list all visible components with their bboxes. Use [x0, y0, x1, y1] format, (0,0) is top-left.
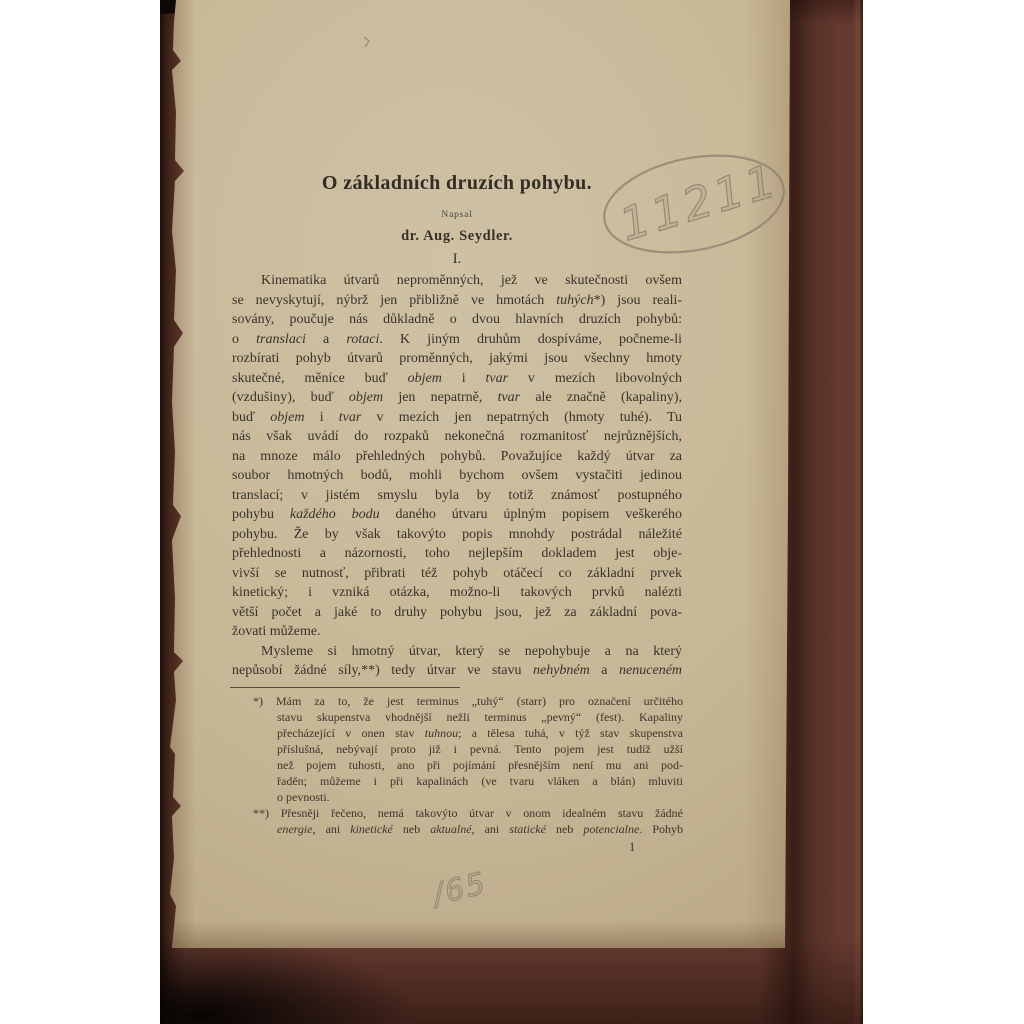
text-line: přehlednosti a názornosti, toho nejlepší… [232, 544, 682, 564]
text-line: stavu skupenstva vhodnější nežli terminu… [277, 709, 683, 725]
text-line: skutečné, měníce buď objem i tvar v mezí… [232, 369, 682, 389]
text-line: o translaci a rotaci. K jiným druhům dos… [232, 330, 682, 350]
text-line: **) Přesněji řečeno, nemá takovýto útvar… [277, 805, 683, 821]
text-line: větší počet a jaké to druhy pohybu jsou,… [232, 603, 682, 623]
text-line: kinetický; i vzniká otázka, možno-li tak… [232, 583, 682, 603]
text-line: nepůsobí žádné síly,**) tedy útvar ve st… [232, 661, 682, 681]
text-line: o pevnosti. [277, 789, 683, 805]
text-line: se nevyskytují, nýbrž jen přibližně ve h… [232, 291, 682, 311]
scanned-page: O základních druzích pohybu. Napsal dr. … [166, 0, 792, 948]
text-line: (vzdušiny), buď objem jen nepatrně, tvar… [232, 388, 682, 408]
page-number: 1 [629, 840, 635, 855]
text-line: sovány, poučuje nás důkladně o dvou hlav… [232, 310, 682, 330]
text-line: než pojem tuhosti, ano při pojímání přes… [277, 757, 683, 773]
text-line: rozbírati pohyb útvarů proměnných, jakým… [232, 349, 682, 369]
author-name: dr. Aug. Seydler. [232, 228, 682, 245]
text-line: na mnoze málo přehledných pohybů. Považu… [232, 447, 682, 467]
page-content: O základních druzích pohybu. Napsal dr. … [166, 0, 792, 948]
text-line: příslušná, nebývají proto již i pevná. T… [277, 741, 683, 757]
text-line: Kinematika útvarů neproměnných, jež ve s… [232, 271, 682, 291]
text-line: nás však uvádí do rozpaků nekonečná rozm… [232, 427, 682, 447]
section-numeral: I. [232, 251, 682, 268]
text-line: pohybu každého bodu daného útvaru úplným… [232, 505, 682, 525]
screenshot-canvas: O základních druzích pohybu. Napsal dr. … [0, 0, 1024, 1024]
byline-label: Napsal [232, 210, 682, 220]
book-photo: O základních druzích pohybu. Napsal dr. … [160, 0, 863, 1024]
text-line: soubor hmotných bodů, mohli bychom ovšem… [232, 466, 682, 486]
page-title: O základních druzích pohybu. [232, 171, 682, 195]
text-line: pohybu. Že by však takovýto popis mnohdy… [232, 525, 682, 545]
text-line: řaděn; můžeme i při kapalinách (ve tvaru… [277, 773, 683, 789]
text-line: translací; v jistém smyslu byla by totiž… [232, 486, 682, 506]
text-line: vivší se nutnosť, přibrati též pohyb otá… [232, 564, 682, 584]
text-line: žovati můžeme. [232, 622, 682, 642]
text-line: buď objem i tvar v mezích jen nepatrných… [232, 408, 682, 428]
text-line: energie, ani kinetické neb aktualné, ani… [277, 821, 683, 837]
footnotes: *) Mám za to, že jest terminus „tuhý“ (s… [277, 693, 683, 837]
text-line: přecházející v onen stav tuhnou; a těles… [277, 725, 683, 741]
body-text: Kinematika útvarů neproměnných, jež ve s… [232, 271, 682, 681]
text-line: Mysleme si hmotný útvar, který se nepohy… [232, 642, 682, 662]
text-line: *) Mám za to, že jest terminus „tuhý“ (s… [277, 693, 683, 709]
footnote-rule [230, 687, 460, 688]
